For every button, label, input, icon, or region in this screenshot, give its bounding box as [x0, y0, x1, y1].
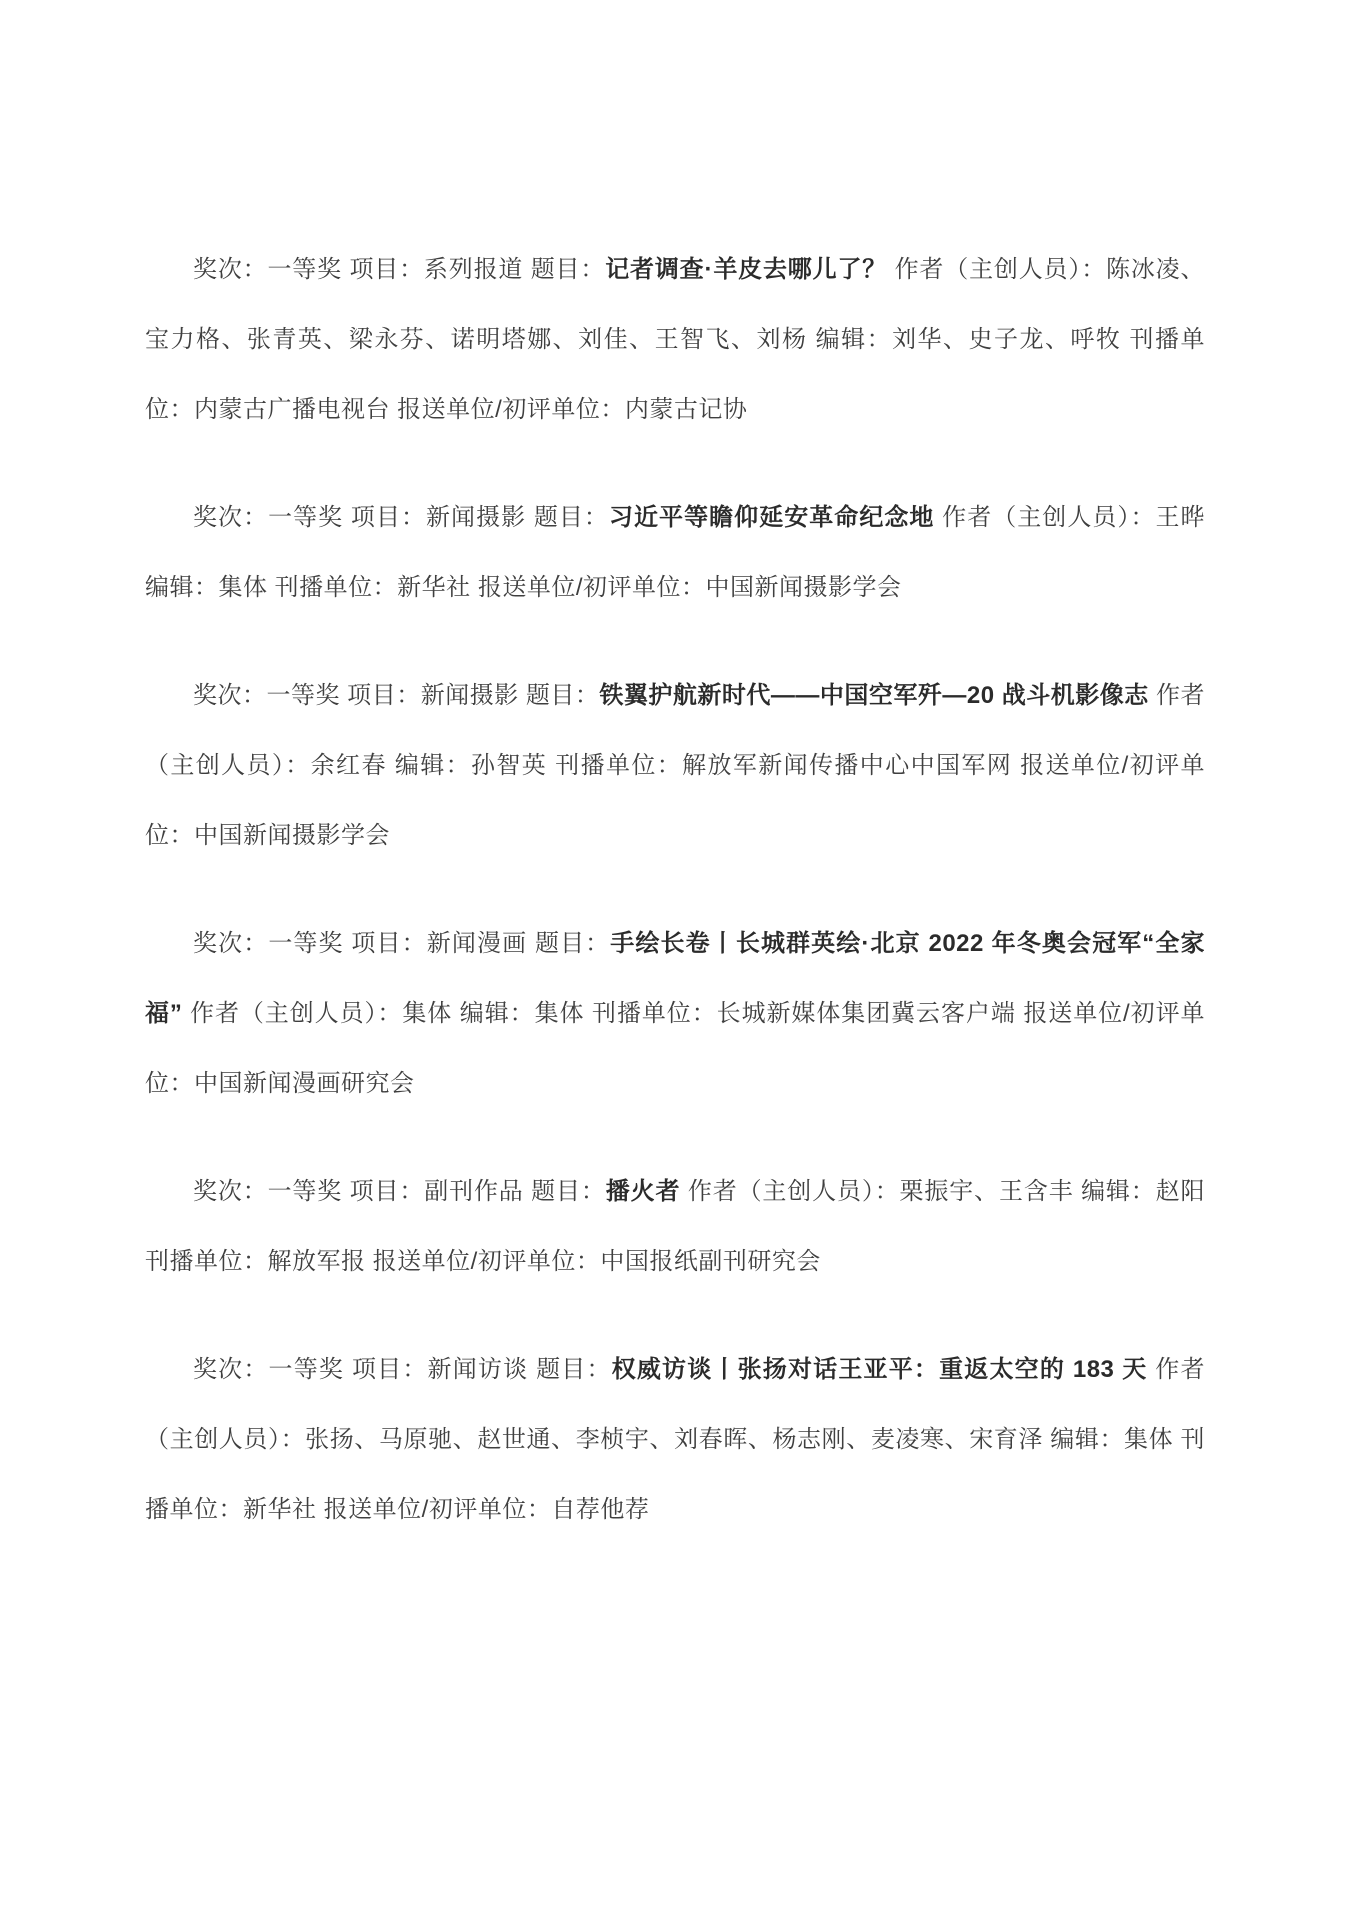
entry-meta: 奖次：一等奖 项目：副刊作品 题目： [193, 1178, 606, 1205]
award-entry-news-photo-1: 奖次：一等奖 项目：新闻摄影 题目：习近平等瞻仰延安革命纪念地 作者（主创人员）… [145, 483, 1205, 623]
award-entry-supplement-work: 奖次：一等奖 项目：副刊作品 题目：播火者 作者（主创人员）：栗振宇、王含丰 编… [145, 1157, 1205, 1297]
award-entry-news-cartoon: 奖次：一等奖 项目：新闻漫画 题目：手绘长卷丨长城群英绘·北京 2022 年冬奥… [145, 909, 1205, 1119]
entry-title: 习近平等瞻仰延安革命纪念地 [609, 504, 934, 531]
document-page: 奖次：一等奖 项目：系列报道 题目：记者调查·羊皮去哪儿了？ 作者（主创人员）：… [0, 0, 1350, 1910]
entry-meta: 奖次：一等奖 项目：系列报道 题目： [193, 256, 605, 283]
award-entry-news-photo-2: 奖次：一等奖 项目：新闻摄影 题目：铁翼护航新时代——中国空军歼—20 战斗机影… [145, 661, 1205, 871]
entry-title: 播火者 [606, 1178, 681, 1205]
entry-meta: 奖次：一等奖 项目：新闻访谈 题目： [193, 1356, 612, 1383]
award-entry-news-interview: 奖次：一等奖 项目：新闻访谈 题目：权威访谈丨张扬对话王亚平：重返太空的 183… [145, 1335, 1205, 1545]
entry-meta: 奖次：一等奖 项目：新闻摄影 题目： [193, 504, 609, 531]
award-entry-series-report: 奖次：一等奖 项目：系列报道 题目：记者调查·羊皮去哪儿了？ 作者（主创人员）：… [145, 235, 1205, 445]
entry-title: 权威访谈丨张扬对话王亚平：重返太空的 183 天 [612, 1356, 1148, 1383]
entry-meta: 奖次：一等奖 项目：新闻漫画 题目： [193, 930, 610, 957]
entry-title: 记者调查·羊皮去哪儿了？ [605, 256, 887, 283]
entry-meta: 奖次：一等奖 项目：新闻摄影 题目： [193, 682, 599, 709]
entry-title: 铁翼护航新时代——中国空军歼—20 战斗机影像志 [599, 682, 1148, 709]
entry-details: 作者（主创人员）：集体 编辑：集体 刊播单位：长城新媒体集团冀云客户端 报送单位… [145, 1000, 1205, 1097]
